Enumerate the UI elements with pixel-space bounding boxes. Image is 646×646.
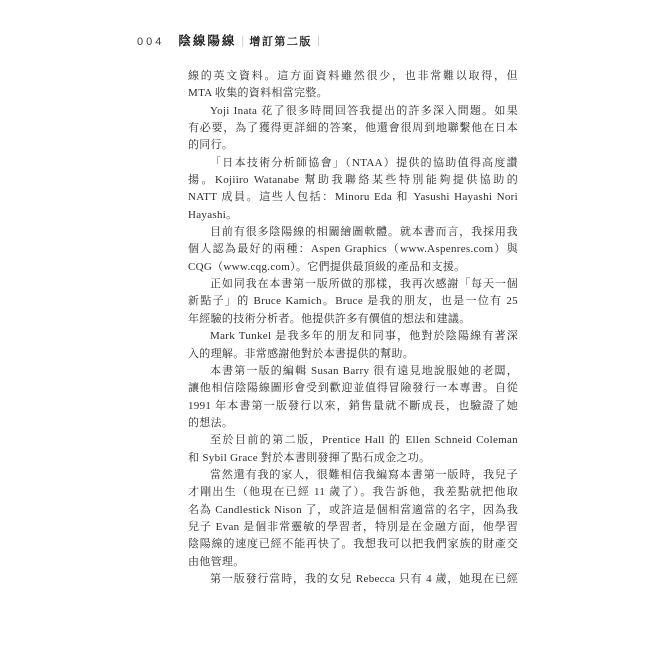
page-number: 004 xyxy=(137,36,164,48)
header-separator: ｜ xyxy=(313,33,324,49)
text-line: 讓他相信陰陽線圖形會受到歡迎並值得冒險發行一本專書。自從 xyxy=(188,380,518,397)
book-title: 陰線陽線 xyxy=(178,31,236,49)
text-line: 有必要，為了獲得更詳細的答案，他還會很周到地聯繫他在日本 xyxy=(188,120,518,137)
page-body: 線的英文資料。這方面資料雖然很少，也非常難以取得，但MTA 收集的資料相當完整。… xyxy=(188,68,518,588)
paragraph: 第一版發行當時，我的女兒 Rebecca 只有 4 歲，她現在已經 xyxy=(188,571,518,588)
text-line: 新點子」的 Bruce Kamich。Bruce 是我的朋友，也是一位有 25 xyxy=(188,293,518,310)
text-line: 線的英文資料。這方面資料雖然很少，也非常難以取得，但 xyxy=(188,68,518,85)
text-line: MTA 收集的資料相當完整。 xyxy=(188,85,518,102)
text-line: 「日本技術分析師協會」（NTAA）提供的協助值得高度讚 xyxy=(188,155,518,172)
text-line: 揚。Kojiiro Watanabe 幫助我聯絡某些特別能夠提供協助的 xyxy=(188,172,518,189)
text-line: 本書第一版的編輯 Susan Barry 很有遠見地說服她的老闆， xyxy=(188,363,518,380)
text-line: 目前有很多陰陽線的相關繪圖軟體。就本書而言，我採用我 xyxy=(188,224,518,241)
text-line: 由他管理。 xyxy=(188,554,518,571)
text-line: Yoji Inata 花了很多時間回答我提出的許多深入問題。如果 xyxy=(188,103,518,120)
paragraph: 線的英文資料。這方面資料雖然很少，也非常難以取得，但MTA 收集的資料相當完整。 xyxy=(188,68,518,103)
text-line: 1991 年本書第一版發行以來，銷售量就不斷成長，也驗證了她 xyxy=(188,398,518,415)
book-page: 004 陰線陽線 ｜ 增訂第二版 ｜ 線的英文資料。這方面資料雖然很少，也非常難… xyxy=(0,0,646,646)
paragraph: Mark Tunkel 是我多年的朋友和同事，他對於陰陽線有著深入的理解。非常感… xyxy=(188,328,518,363)
text-line: 當然還有我的家人，很難相信我編寫本書第一版時，我兒子 xyxy=(188,467,518,484)
text-line: 個人認為最好的兩種：Aspen Graphics（www.Aspenres.co… xyxy=(188,241,518,258)
text-line: 陰陽線的速度已經不能再快了。我想我可以把我們家族的財產交 xyxy=(188,536,518,553)
text-line: Mark Tunkel 是我多年的朋友和同事，他對於陰陽線有著深 xyxy=(188,328,518,345)
text-line: 入的理解。非常感謝他對於本書提供的幫助。 xyxy=(188,346,518,363)
text-line: 才剛出生（他現在已經 11 歲了）。我告訴他，我差點就把他取 xyxy=(188,484,518,501)
paragraph: 當然還有我的家人，很難相信我編寫本書第一版時，我兒子才剛出生（他現在已經 11 … xyxy=(188,467,518,571)
paragraph: 至於目前的第二版，Prentice Hall 的 Ellen Schneid C… xyxy=(188,432,518,467)
text-line: NATT 成員。這些人包括：Minoru Eda 和 Yasushi Hayas… xyxy=(188,189,518,206)
text-line: 至於目前的第二版，Prentice Hall 的 Ellen Schneid C… xyxy=(188,432,518,449)
text-line: 第一版發行當時，我的女兒 Rebecca 只有 4 歲，她現在已經 xyxy=(188,571,518,588)
paragraph: Yoji Inata 花了很多時間回答我提出的許多深入問題。如果有必要，為了獲得… xyxy=(188,103,518,155)
paragraph: 「日本技術分析師協會」（NTAA）提供的協助值得高度讚揚。Kojiiro Wat… xyxy=(188,155,518,224)
text-line: 兒子 Evan 是個非常靈敏的學習者，特別是在金融方面，他學習 xyxy=(188,519,518,536)
page-header: 004 陰線陽線 ｜ 增訂第二版 ｜ xyxy=(137,31,325,49)
paragraph: 正如同我在本書第一版所做的那樣，我再次感謝「每天一個新點子」的 Bruce Ka… xyxy=(188,276,518,328)
edition-label: 增訂第二版 xyxy=(249,33,312,49)
text-line: 正如同我在本書第一版所做的那樣，我再次感謝「每天一個 xyxy=(188,276,518,293)
text-line: Hayashi。 xyxy=(188,207,518,224)
paragraph: 目前有很多陰陽線的相關繪圖軟體。就本書而言，我採用我個人認為最好的兩種：Aspe… xyxy=(188,224,518,276)
text-line: CQG（www.cqg.com）。它們提供最頂級的產品和支援。 xyxy=(188,259,518,276)
text-line: 的想法。 xyxy=(188,415,518,432)
text-line: 和 Sybil Grace 對於本書則發揮了點石成金之功。 xyxy=(188,450,518,467)
header-separator: ｜ xyxy=(237,33,248,49)
paragraph: 本書第一版的編輯 Susan Barry 很有遠見地說服她的老闆，讓他相信陰陽線… xyxy=(188,363,518,432)
text-line: 年經驗的技術分析者。他提供許多有價值的想法和建議。 xyxy=(188,311,518,328)
text-line: 名為 Candlestick Nison 了，或許這是個相當適當的名字，因為我 xyxy=(188,502,518,519)
text-line: 的同行。 xyxy=(188,137,518,154)
